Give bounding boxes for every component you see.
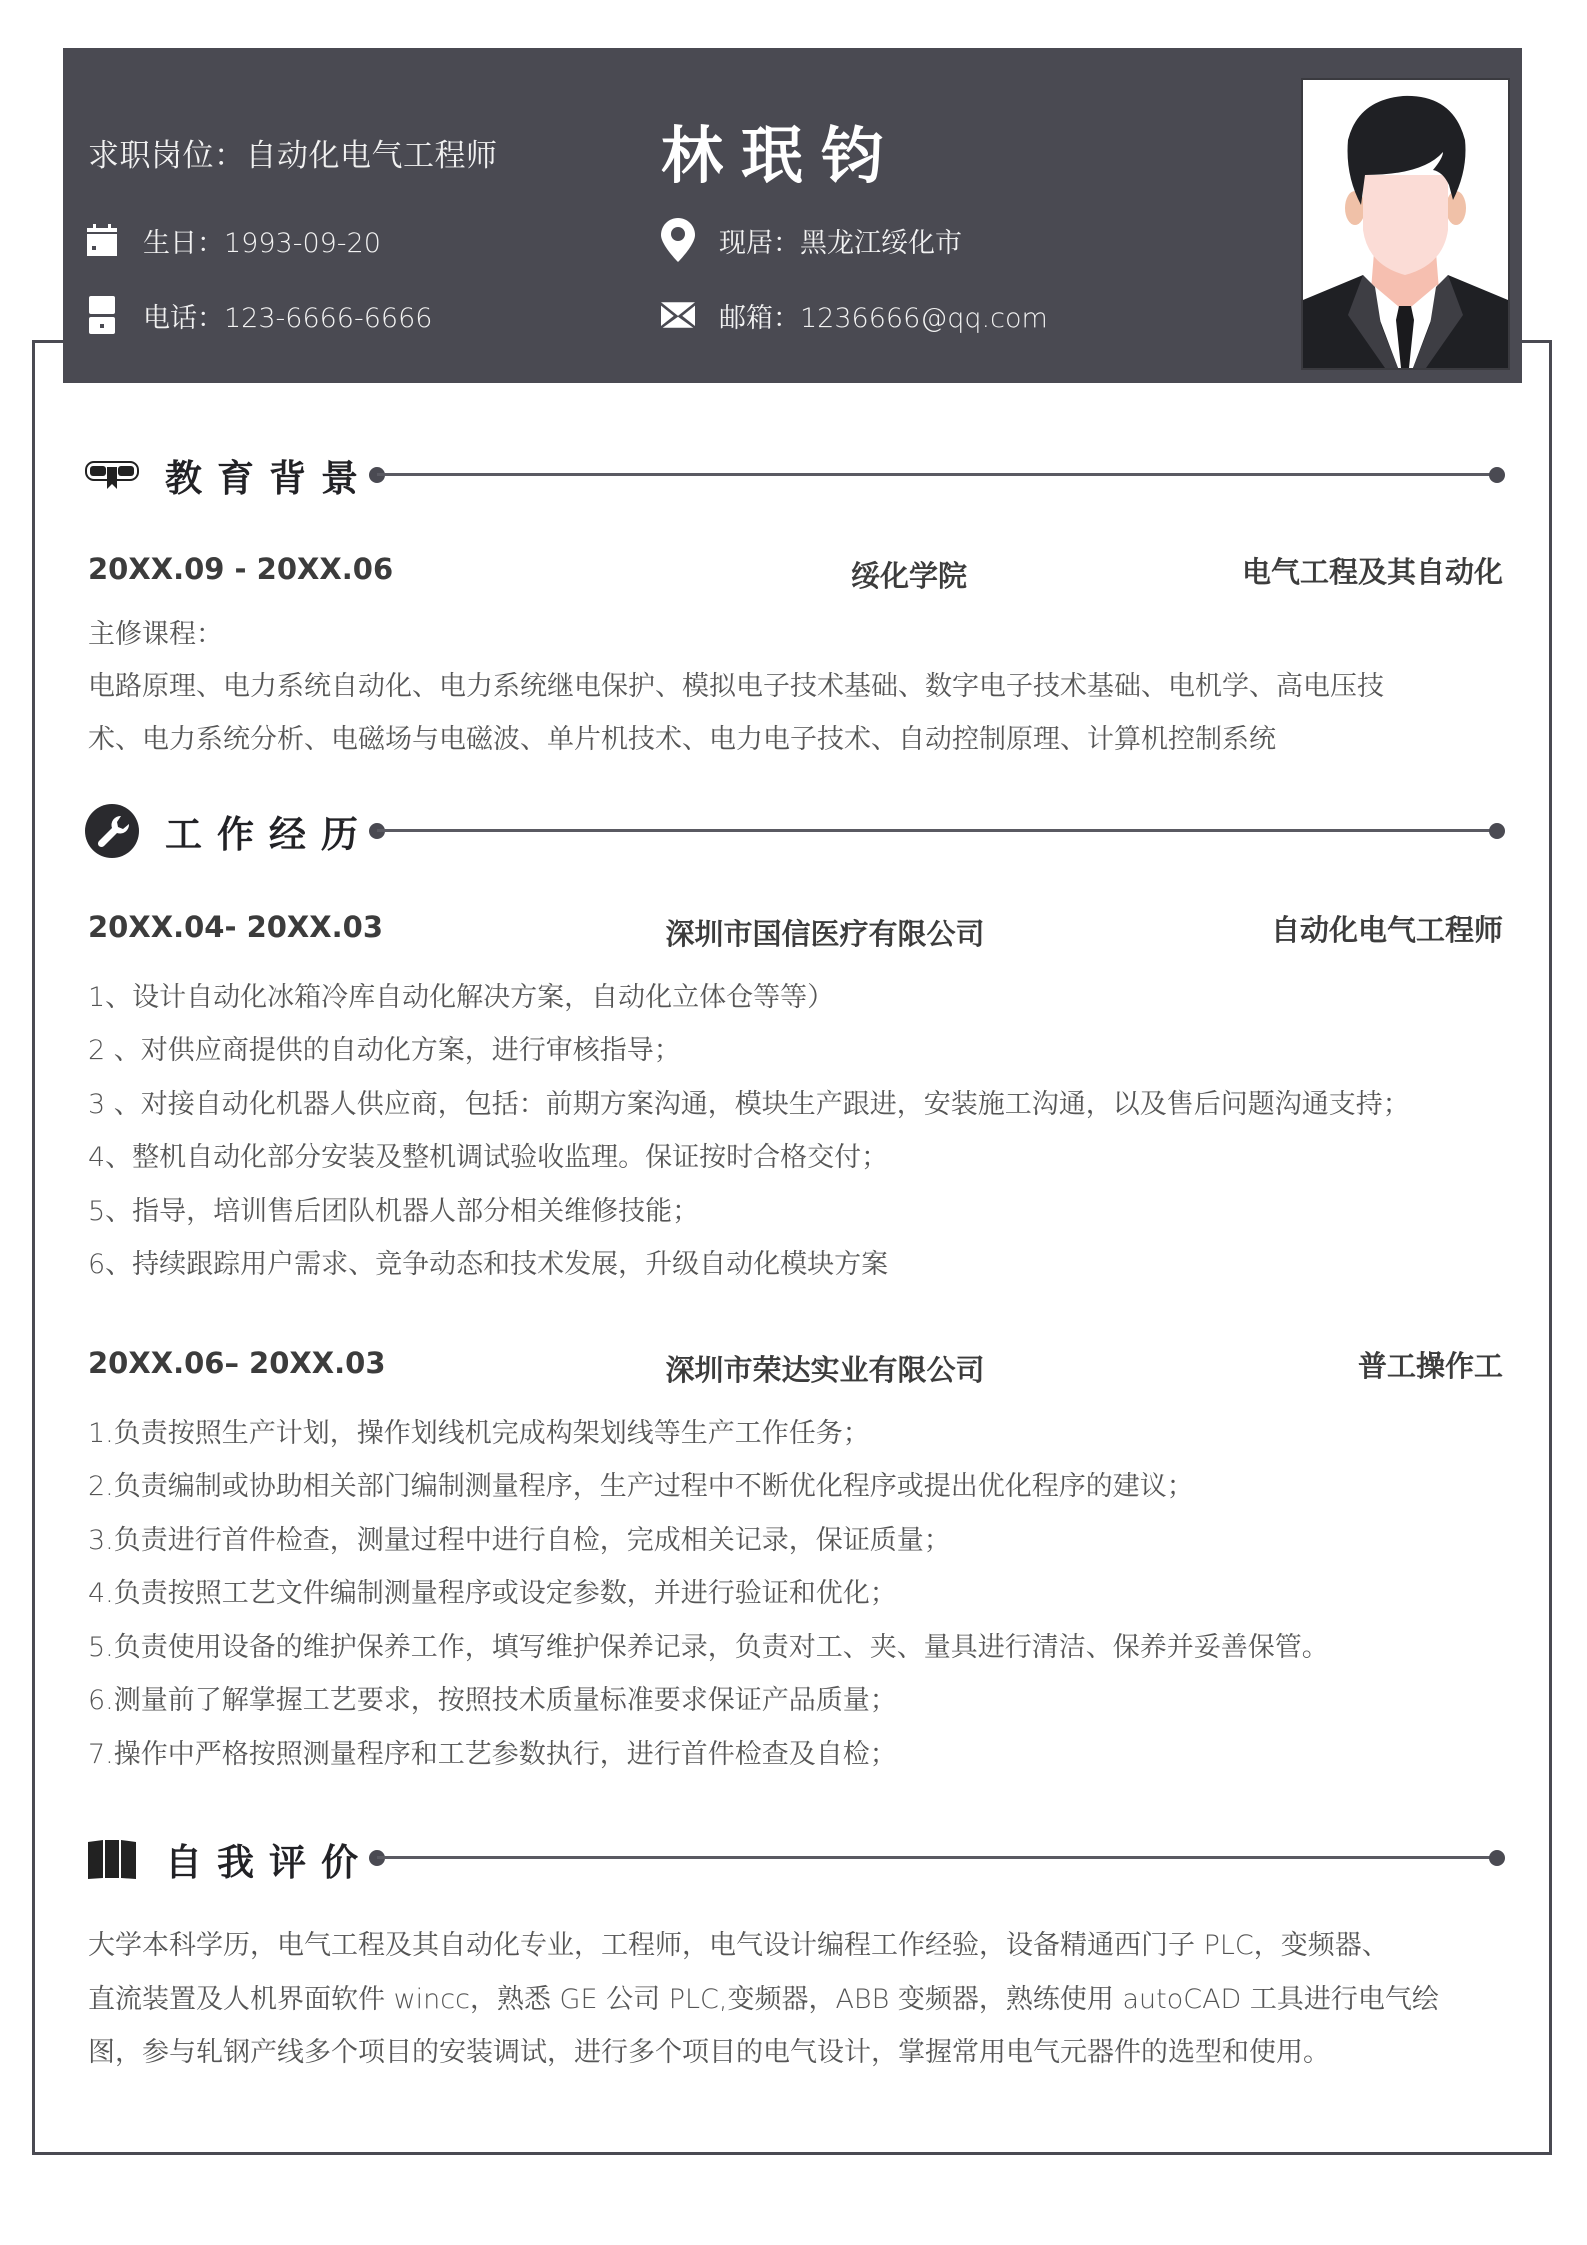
edu-date: 20XX.09 - 20XX.06 bbox=[88, 552, 393, 586]
duty-item: 2 、对供应商提供的自动化方案，进行审核指导； bbox=[88, 1028, 681, 1067]
book-icon bbox=[85, 1839, 139, 1879]
job-position: 普工操作工 bbox=[1358, 1344, 1503, 1385]
duty-item: 1.负责按照生产计划，操作划线机完成构架划线等生产工作任务； bbox=[88, 1411, 870, 1450]
courses-line: 电路原理、电力系统自动化、电力系统继电保护、模拟电子技术基础、数字电子技术基础、… bbox=[88, 664, 1384, 703]
line-dot-right bbox=[1489, 1850, 1505, 1866]
section-title-education: 教育背景 bbox=[165, 448, 373, 502]
section-divider bbox=[377, 829, 1497, 832]
duty-item: 3 、对接自动化机器人供应商，包括：前期方案沟通，模块生产跟进，安装施工沟通，以… bbox=[88, 1082, 1410, 1121]
duty-item: 5、指导，培训售后团队机器人部分相关维修技能； bbox=[88, 1189, 699, 1228]
duty-item: 2.负责编制或协助相关部门编制测量程序，生产过程中不断优化程序或提出优化程序的建… bbox=[88, 1464, 1194, 1503]
job-company: 深圳市国信医疗有限公司 bbox=[665, 912, 984, 953]
self-eval-line: 大学本科学历，电气工程及其自动化专业，工程师，电气设计编程工作经验，设备精通西门… bbox=[88, 1923, 1389, 1962]
duty-item: 4.负责按照工艺文件编制测量程序或设定参数，并进行验证和优化； bbox=[88, 1571, 897, 1610]
diploma-icon bbox=[85, 455, 139, 495]
email-row: 邮箱：1236666@qq.com bbox=[661, 295, 1048, 335]
self-eval-line: 图，参与轧钢产线多个项目的安装调试，进行多个项目的电气设计，掌握常用电气元器件的… bbox=[88, 2030, 1330, 2069]
birthday-row: 生日：1993-09-20 bbox=[63, 220, 381, 260]
duty-item: 5.负责使用设备的维护保养工作，填写维护保养记录，负责对工、夹、量具进行清洁、保… bbox=[88, 1625, 1329, 1664]
job-objective: 求职岗位：自动化电气工程师 bbox=[88, 130, 498, 175]
duty-item: 1、设计自动化冰箱冷库自动化解决方案，自动化立体仓等等） bbox=[88, 975, 834, 1014]
location-text: 现居：黑龙江绥化市 bbox=[719, 221, 962, 260]
job-entry: 20XX.06– 20XX.03 深圳市荣达实业有限公司 普工操作工 bbox=[88, 1346, 1503, 1386]
location-pin-icon bbox=[661, 220, 695, 260]
education-entry: 20XX.09 - 20XX.06 绥化学院 电气工程及其自动化 bbox=[88, 552, 1503, 592]
section-divider bbox=[377, 1856, 1497, 1859]
email-text: 邮箱：1236666@qq.com bbox=[719, 296, 1048, 335]
phone-row: 电话：123-6666-6666 bbox=[63, 295, 432, 335]
calendar-icon bbox=[85, 220, 119, 260]
resume-header: 求职岗位：自动化电气工程师 生日：1993-09-20 电话：123-6666-… bbox=[63, 48, 1522, 383]
duty-item: 3.负责进行首件检查，测量过程中进行自检，完成相关记录，保证质量； bbox=[88, 1518, 951, 1557]
job-date: 20XX.04- 20XX.03 bbox=[88, 910, 383, 944]
duty-item: 7.操作中严格按照测量程序和工艺参数执行，进行首件检查及自检； bbox=[88, 1732, 897, 1771]
location-row: 现居：黑龙江绥化市 bbox=[661, 220, 962, 260]
section-header-self-evaluation: 自我评价 bbox=[85, 1834, 373, 1884]
envelope-icon bbox=[661, 295, 695, 335]
section-divider bbox=[377, 473, 1497, 476]
self-eval-line: 直流装置及人机界面软件 wincc，熟悉 GE 公司 PLC,变频器，ABB 变… bbox=[88, 1977, 1439, 2016]
duty-item: 6.测量前了解掌握工艺要求，按照技术质量标准要求保证产品质量； bbox=[88, 1678, 897, 1717]
job-date: 20XX.06– 20XX.03 bbox=[88, 1346, 386, 1380]
birthday-text: 生日：1993-09-20 bbox=[143, 221, 381, 260]
job-position: 自动化电气工程师 bbox=[1271, 908, 1503, 949]
section-title-work: 工作经历 bbox=[165, 804, 373, 858]
courses-line: 术、电力系统分析、电磁场与电磁波、单片机技术、电力电子技术、自动控制原理、计算机… bbox=[88, 717, 1276, 756]
courses-label: 主修课程： bbox=[88, 612, 223, 651]
avatar-photo bbox=[1301, 78, 1510, 370]
edu-major: 电气工程及其自动化 bbox=[1242, 550, 1503, 591]
job-company: 深圳市荣达实业有限公司 bbox=[665, 1348, 984, 1389]
candidate-name: 林珉钧 bbox=[661, 106, 901, 195]
wrench-icon bbox=[85, 811, 139, 851]
phone-icon bbox=[85, 295, 119, 335]
line-dot-right bbox=[1489, 467, 1505, 483]
duty-item: 6、持续跟踪用户需求、竞争动态和技术发展，升级自动化模块方案 bbox=[88, 1242, 888, 1281]
phone-text: 电话：123-6666-6666 bbox=[143, 296, 432, 335]
edu-school: 绥化学院 bbox=[851, 554, 967, 595]
section-title-self-evaluation: 自我评价 bbox=[165, 1832, 373, 1886]
job-entry: 20XX.04- 20XX.03 深圳市国信医疗有限公司 自动化电气工程师 bbox=[88, 910, 1503, 950]
duty-item: 4、整机自动化部分安装及整机调试验收监理。保证按时合格交付； bbox=[88, 1135, 888, 1174]
line-dot-right bbox=[1489, 823, 1505, 839]
section-header-education: 教育背景 bbox=[85, 450, 373, 500]
section-header-work: 工作经历 bbox=[85, 806, 373, 856]
